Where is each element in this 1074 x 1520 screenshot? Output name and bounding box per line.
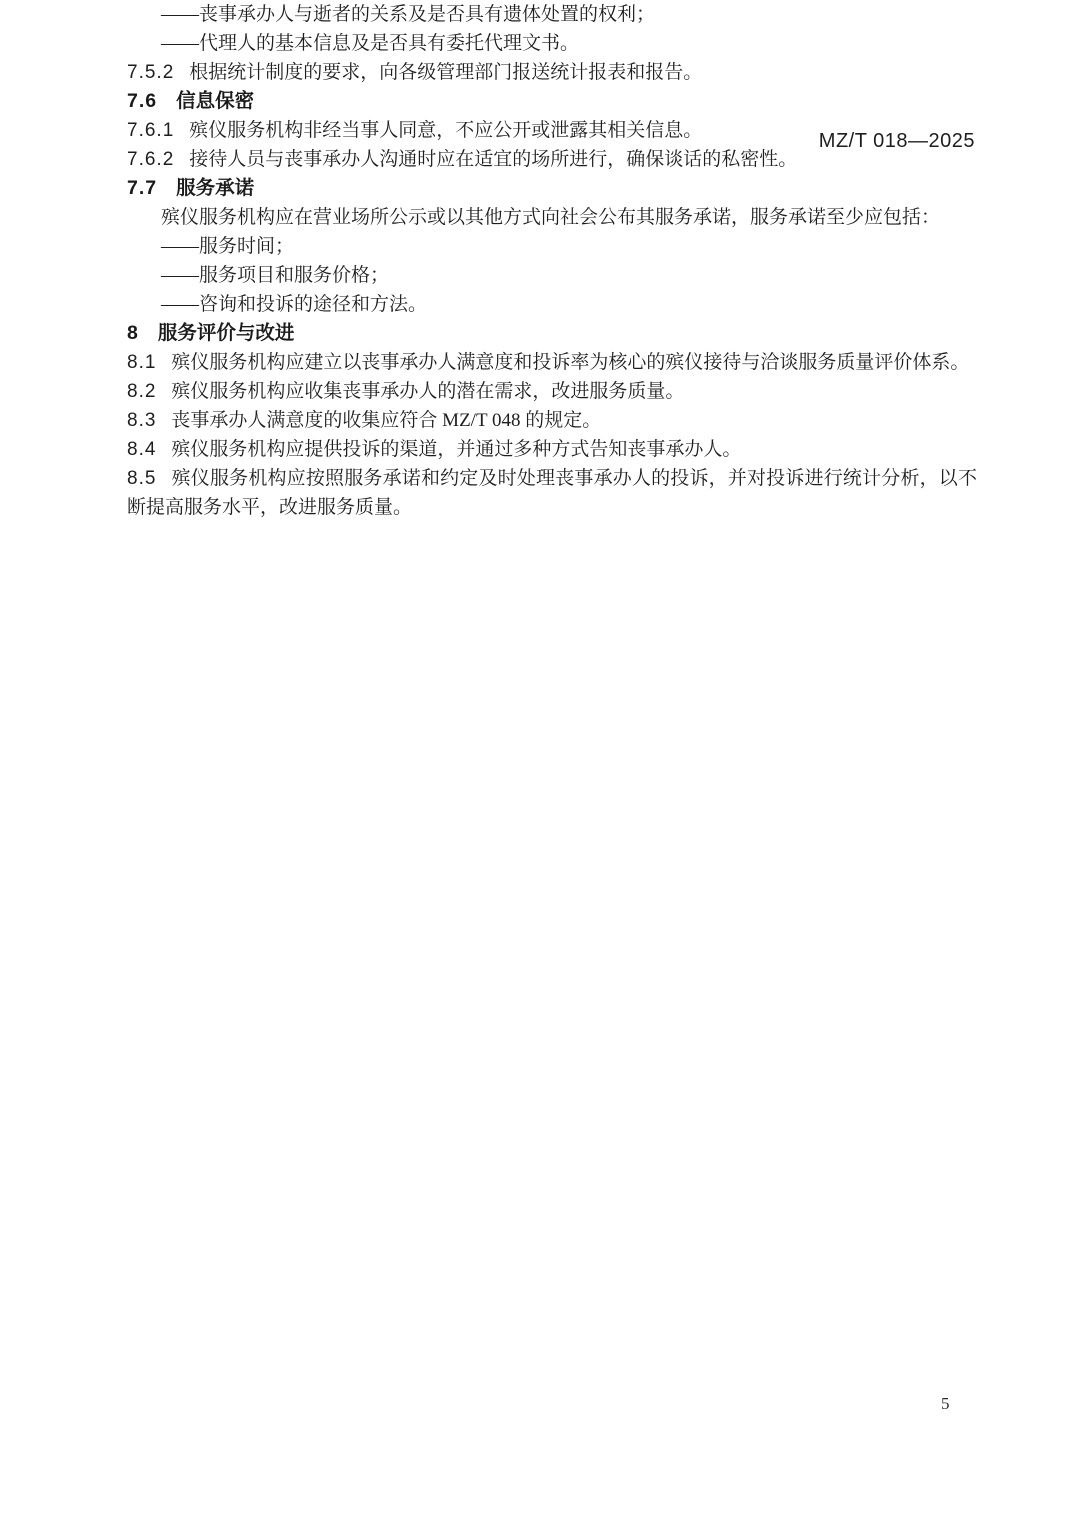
heading-title: 信息保密 — [176, 90, 254, 112]
dash-list-item: ——咨询和投诉的途径和方法。 — [127, 290, 977, 319]
clause-number: 8.3 — [127, 410, 156, 431]
clause-7-5-2: 7.5.2根据统计制度的要求，向各级管理部门报送统计报表和报告。 — [127, 58, 977, 87]
clause-8-4: 8.4殡仪服务机构应提供投诉的渠道，并通过多种方式告知丧事承办人。 — [127, 435, 977, 464]
clause-8-3: 8.3丧事承办人满意度的收集应符合 MZ/T 048 的规定。 — [127, 406, 977, 435]
clause-text: 殡仪服务机构应收集丧事承办人的潜在需求，改进服务质量。 — [171, 381, 684, 402]
clause-number: 8.2 — [127, 381, 156, 402]
clause-8-2: 8.2殡仪服务机构应收集丧事承办人的潜在需求，改进服务质量。 — [127, 377, 977, 406]
paragraph-service-commitment: 殡仪服务机构应在营业场所公示或以其他方式向社会公布其服务承诺，服务承诺至少应包括… — [127, 203, 977, 232]
clause-number: 7.6.2 — [127, 149, 174, 170]
heading-number: 7.7 — [127, 177, 157, 199]
dash-list-item: ——服务时间； — [127, 232, 977, 261]
dash-list-item: ——代理人的基本信息及是否具有委托代理文书。 — [127, 29, 977, 58]
clause-text: 丧事承办人满意度的收集应符合 MZ/T 048 的规定。 — [171, 410, 601, 431]
heading-title: 服务评价与改进 — [158, 322, 295, 344]
clause-number: 7.6.1 — [127, 120, 174, 141]
clause-text: 殡仪服务机构应按照服务承诺和约定及时处理丧事承办人的投诉，并对投诉进行统计分析，… — [127, 468, 977, 518]
heading-number: 7.6 — [127, 90, 157, 112]
document-content: ——丧事承办人与逝者的关系及是否具有遗体处置的权利； ——代理人的基本信息及是否… — [127, 0, 977, 522]
heading-title: 服务承诺 — [176, 177, 254, 199]
clause-text: 根据统计制度的要求，向各级管理部门报送统计报表和报告。 — [189, 62, 702, 83]
clause-7-6-2: 7.6.2接待人员与丧事承办人沟通时应在适宜的场所进行，确保谈话的私密性。 — [127, 145, 977, 174]
clause-number: 8.4 — [127, 439, 156, 460]
clause-text: 殡仪服务机构应提供投诉的渠道，并通过多种方式告知丧事承办人。 — [171, 439, 741, 460]
clause-text: 殡仪服务机构非经当事人同意，不应公开或泄露其相关信息。 — [189, 120, 702, 141]
clause-8-5: 8.5殡仪服务机构应按照服务承诺和约定及时处理丧事承办人的投诉，并对投诉进行统计… — [127, 464, 977, 522]
dash-list-item: ——服务项目和服务价格； — [127, 261, 977, 290]
clause-8-1: 8.1殡仪服务机构应建立以丧事承办人满意度和投诉率为核心的殡仪接待与洽谈服务质量… — [127, 348, 977, 377]
clause-7-6-1: 7.6.1殡仪服务机构非经当事人同意，不应公开或泄露其相关信息。 — [127, 116, 977, 145]
clause-number: 8.1 — [127, 352, 156, 373]
heading-7-6: 7.6信息保密 — [127, 87, 977, 116]
document-page: MZ/T 018—2025 ——丧事承办人与逝者的关系及是否具有遗体处置的权利；… — [0, 0, 1074, 1520]
heading-number: 8 — [127, 322, 139, 344]
clause-number: 7.5.2 — [127, 62, 174, 83]
clause-text: 殡仪服务机构应建立以丧事承办人满意度和投诉率为核心的殡仪接待与洽谈服务质量评价体… — [171, 352, 969, 373]
heading-8: 8服务评价与改进 — [127, 319, 977, 348]
dash-list-item: ——丧事承办人与逝者的关系及是否具有遗体处置的权利； — [127, 0, 977, 29]
page-number: 5 — [941, 1392, 950, 1416]
heading-7-7: 7.7服务承诺 — [127, 174, 977, 203]
clause-number: 8.5 — [127, 468, 156, 489]
clause-text: 接待人员与丧事承办人沟通时应在适宜的场所进行，确保谈话的私密性。 — [189, 149, 797, 170]
